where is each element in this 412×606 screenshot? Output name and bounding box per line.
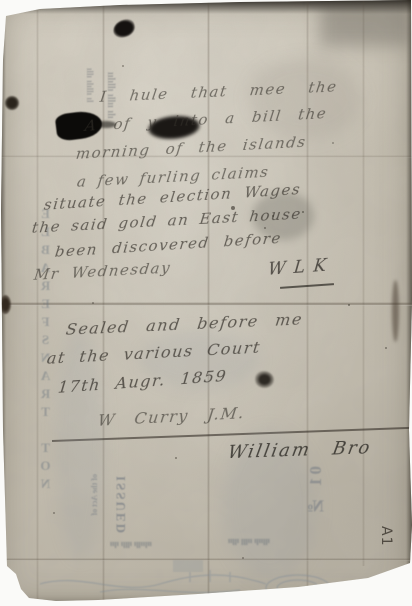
bleed-act-text: of the Act of (90, 474, 99, 516)
handwriting-w-mark: W L K (267, 256, 329, 280)
handwriting-line: Sealed and before me (65, 310, 304, 339)
stain-left-edge-1 (5, 96, 19, 110)
handwriting-line: W Curry J.M. (97, 403, 246, 430)
bleed-ornament (40, 554, 380, 602)
handwriting-line: morning of the islands (75, 133, 308, 163)
paper-speckles (0, 0, 4, 4)
fold-line-vertical-5 (362, 0, 365, 566)
bleed-issued-text: ISSUED (113, 476, 129, 535)
fold-line-horizontal-2 (0, 302, 412, 306)
stain-right-streak (392, 280, 399, 342)
handwriting-line: 17th Augr. 1859 (57, 366, 228, 397)
handwriting-line: I hule that mee the (99, 78, 339, 106)
corner-mark-a1: A1 (378, 526, 394, 546)
document-page: ELBAREFSNART TON ISSUED 01 № of the Act … (0, 0, 412, 606)
ink-blot-top (111, 17, 137, 39)
corner-shadow-top-right (320, 0, 412, 46)
bleed-number-text: 01 № (306, 466, 326, 518)
paper-edge-shading-top (0, 0, 412, 14)
bleed-small-print-right: ıllıılı ıılll ıllıı (228, 537, 270, 546)
scan-background: ELBAREFSNART TON ISSUED 01 № of the Act … (0, 0, 412, 606)
handwriting-line: at the various Court (46, 338, 262, 368)
stain-star-blot (255, 371, 274, 388)
bleed-small-print-left: ıılııllı ılllı ılıı (110, 540, 152, 549)
signature: William Bro (226, 437, 373, 463)
bleed-print-column-1: ıllı ılıllı ıl (85, 68, 95, 103)
